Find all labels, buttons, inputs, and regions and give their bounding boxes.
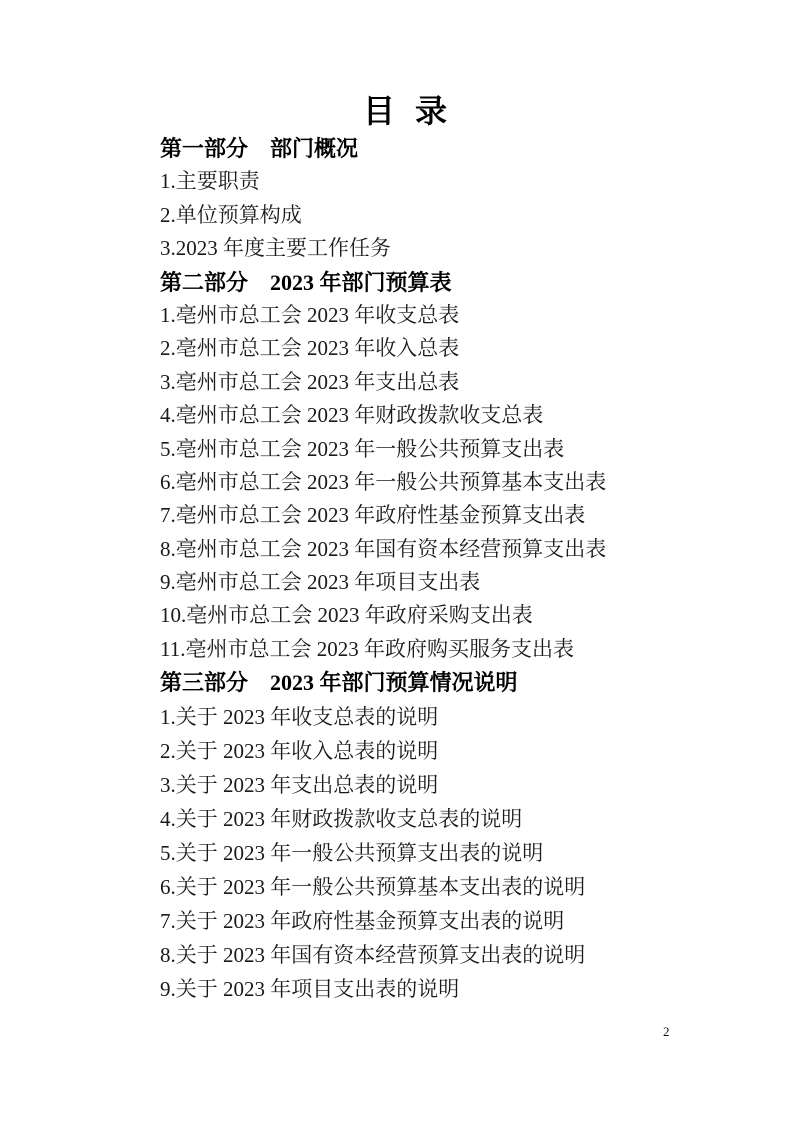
page-title: 目 录	[160, 90, 650, 132]
toc-entry: 2.单位预算构成	[160, 199, 650, 232]
toc-entry: 8.亳州市总工会 2023 年国有资本经营预算支出表	[160, 533, 650, 566]
toc-entry: 4.关于 2023 年财政拨款收支总表的说明	[160, 802, 650, 836]
toc-entry: 9.亳州市总工会 2023 年项目支出表	[160, 566, 650, 599]
toc-entry: 1.亳州市总工会 2023 年收支总表	[160, 299, 650, 332]
toc-section-3: 第三部分 2023 年部门预算情况说明 1.关于 2023 年收支总表的说明 2…	[160, 666, 650, 1005]
toc-entry: 11.亳州市总工会 2023 年政府购买服务支出表	[160, 633, 650, 666]
toc-entry: 7.关于 2023 年政府性基金预算支出表的说明	[160, 904, 650, 938]
toc-entry: 6.亳州市总工会 2023 年一般公共预算基本支出表	[160, 466, 650, 499]
toc-entry: 3.关于 2023 年支出总表的说明	[160, 768, 650, 802]
toc-entry: 6.关于 2023 年一般公共预算基本支出表的说明	[160, 870, 650, 904]
document-page: 目 录 第一部分 部门概况 1.主要职责 2.单位预算构成 3.2023 年度主…	[0, 0, 793, 1122]
toc-entry: 7.亳州市总工会 2023 年政府性基金预算支出表	[160, 499, 650, 532]
toc-content: 目 录 第一部分 部门概况 1.主要职责 2.单位预算构成 3.2023 年度主…	[160, 90, 650, 1006]
toc-section-2-heading: 第二部分 2023 年部门预算表	[160, 266, 650, 299]
toc-entry: 5.关于 2023 年一般公共预算支出表的说明	[160, 836, 650, 870]
toc-entry: 4.亳州市总工会 2023 年财政拨款收支总表	[160, 399, 650, 432]
toc-section-1-heading: 第一部分 部门概况	[160, 132, 650, 165]
toc-section-3-heading: 第三部分 2023 年部门预算情况说明	[160, 666, 650, 699]
toc-entry: 1.主要职责	[160, 165, 650, 198]
toc-section-1: 第一部分 部门概况 1.主要职责 2.单位预算构成 3.2023 年度主要工作任…	[160, 132, 650, 266]
toc-entry: 1.关于 2023 年收支总表的说明	[160, 700, 650, 734]
toc-entry: 9.关于 2023 年项目支出表的说明	[160, 972, 650, 1006]
toc-entry: 10.亳州市总工会 2023 年政府采购支出表	[160, 599, 650, 632]
toc-entry: 8.关于 2023 年国有资本经营预算支出表的说明	[160, 938, 650, 972]
toc-entry: 2.亳州市总工会 2023 年收入总表	[160, 332, 650, 365]
toc-entry: 2.关于 2023 年收入总表的说明	[160, 734, 650, 768]
toc-entry: 3.亳州市总工会 2023 年支出总表	[160, 366, 650, 399]
toc-section-2: 第二部分 2023 年部门预算表 1.亳州市总工会 2023 年收支总表 2.亳…	[160, 266, 650, 667]
toc-entry: 3.2023 年度主要工作任务	[160, 232, 650, 265]
page-number: 2	[663, 1023, 670, 1041]
toc-entry: 5.亳州市总工会 2023 年一般公共预算支出表	[160, 433, 650, 466]
